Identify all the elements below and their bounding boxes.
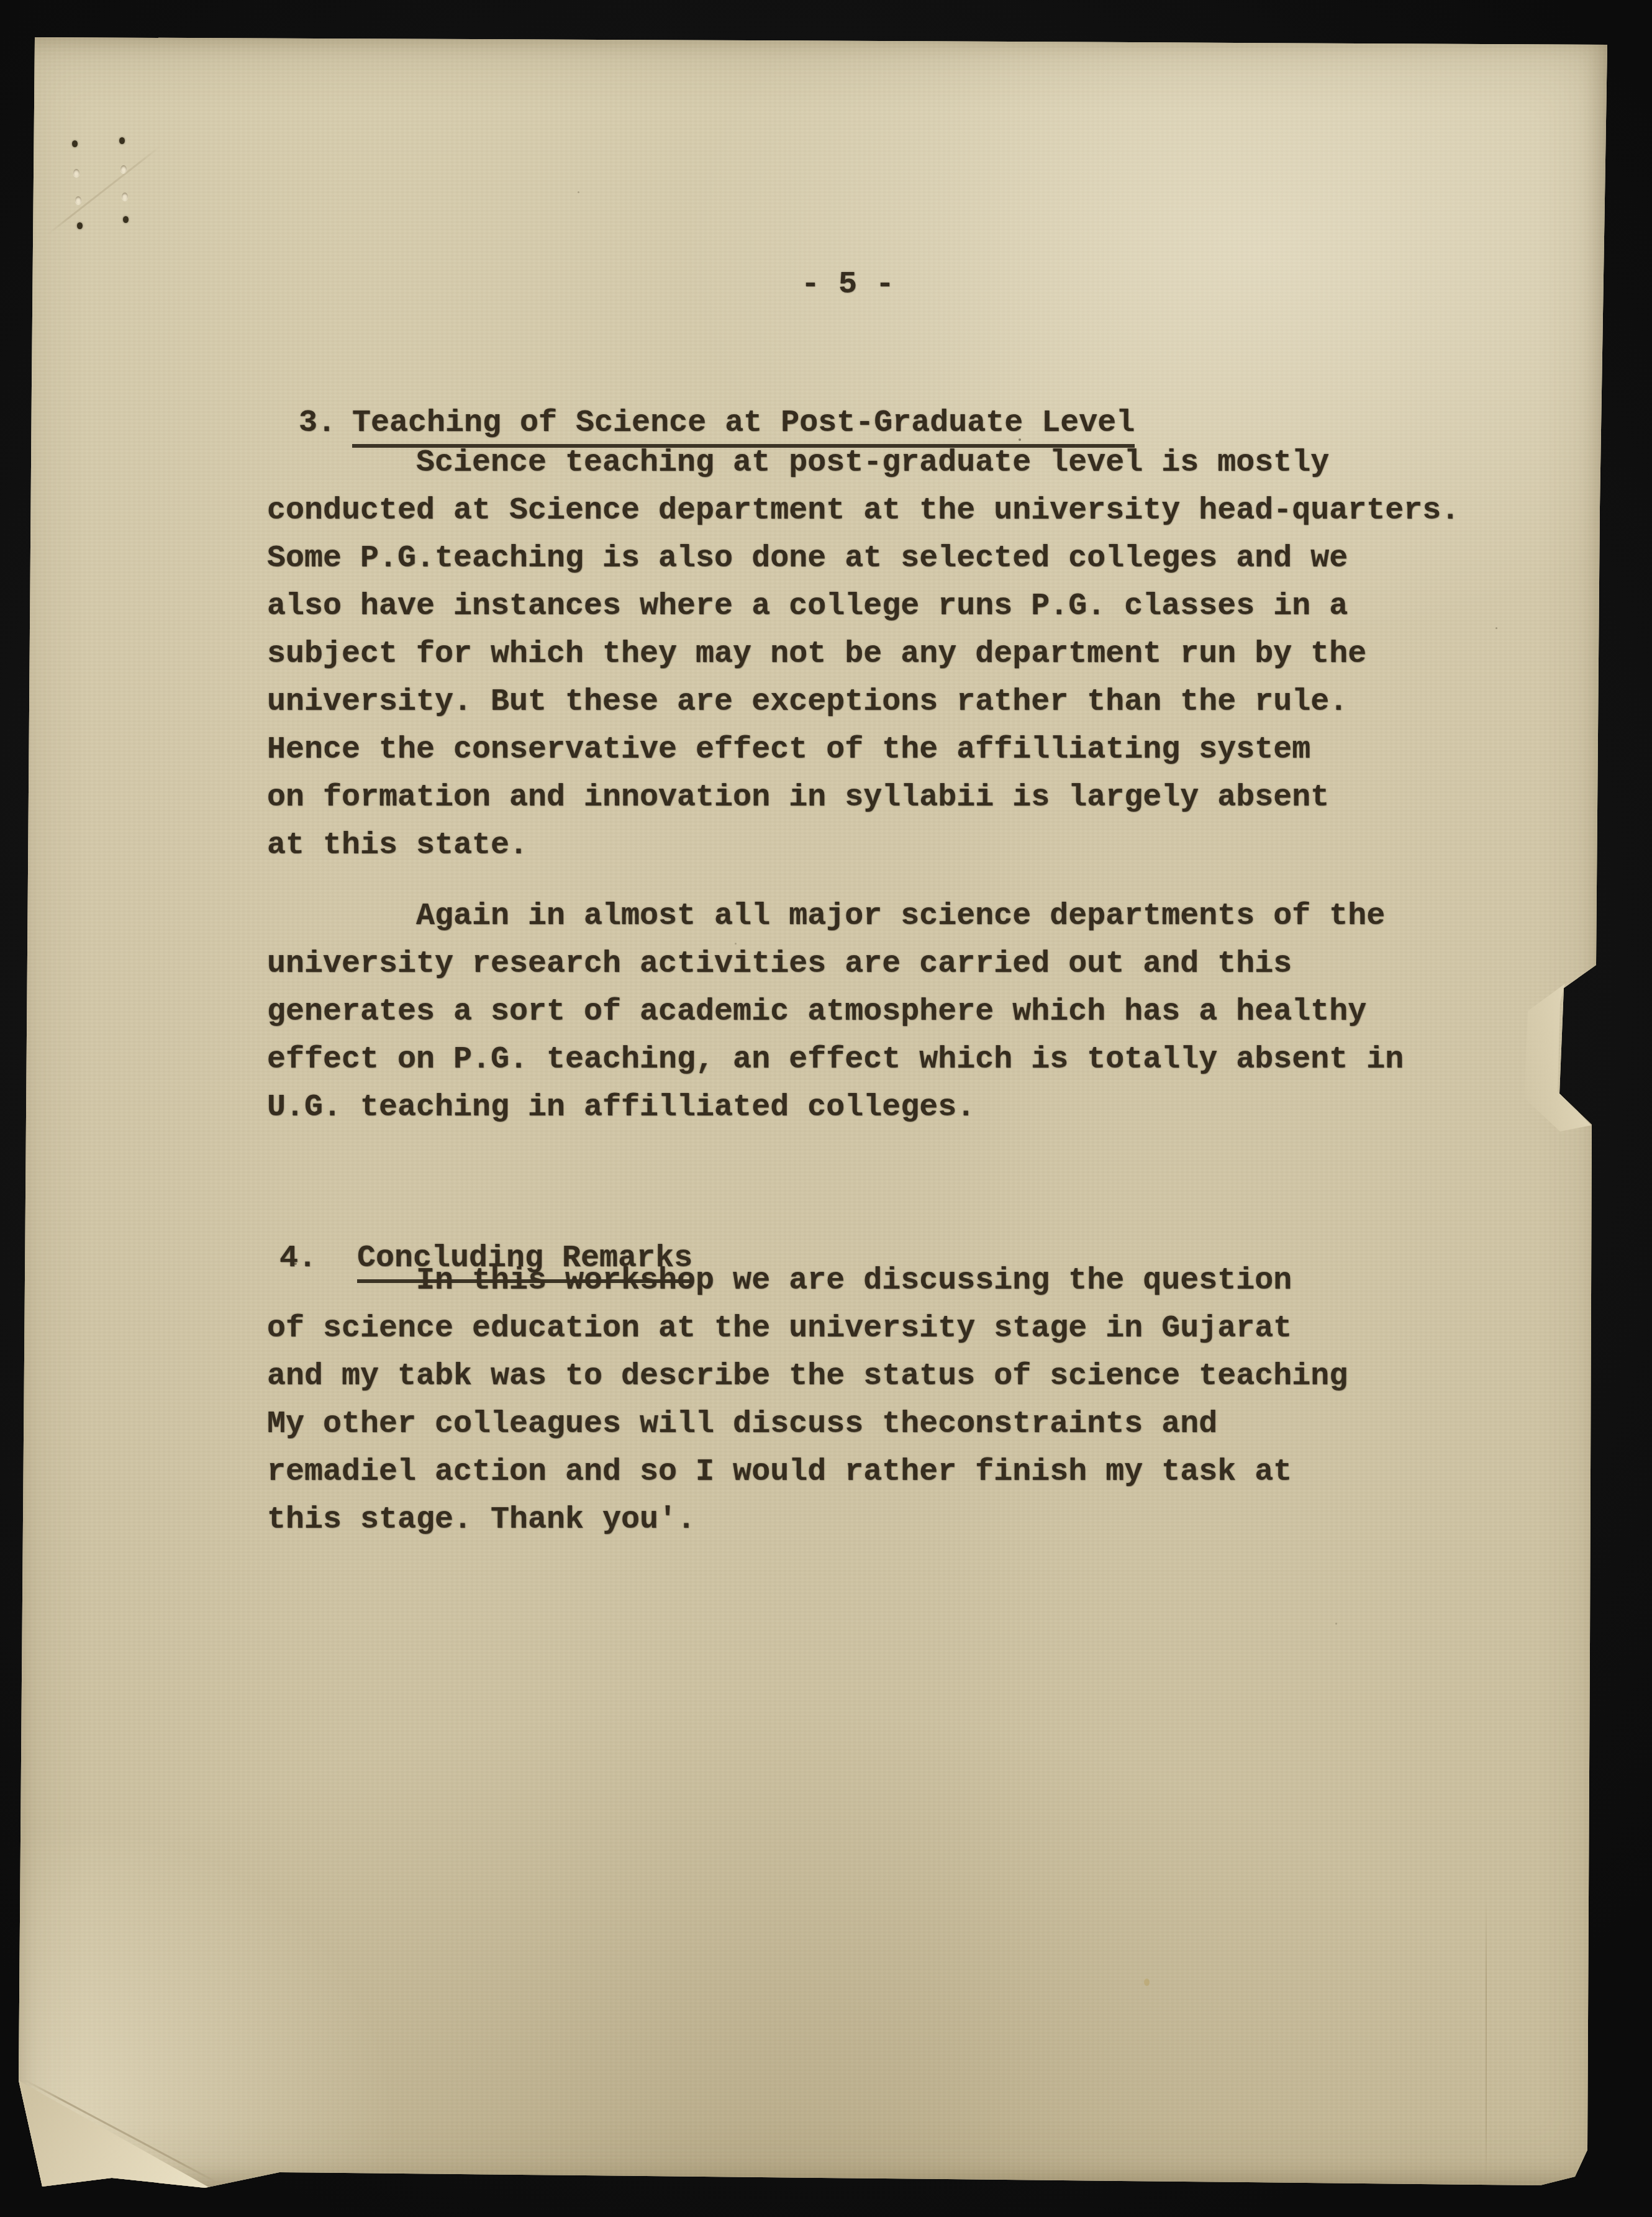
text-line: conducted at Science department at the u… bbox=[267, 487, 1459, 535]
text-line: subject for which they may not be any de… bbox=[267, 630, 1459, 678]
scanned-document-screenshot: { "document": { "page_number": "- 5 -", … bbox=[0, 0, 1652, 2217]
text-line: Hence the conservative effect of the aff… bbox=[267, 726, 1459, 774]
text-line: remadiel action and so I would rather fi… bbox=[267, 1448, 1348, 1496]
staple-hole bbox=[123, 216, 129, 223]
text-line: Again in almost all major science depart… bbox=[267, 892, 1404, 940]
ink-speck bbox=[1495, 627, 1497, 629]
folded-corner bbox=[11, 2074, 216, 2192]
staple-hole bbox=[73, 169, 79, 177]
text-line: Science teaching at post-graduate level … bbox=[267, 439, 1459, 487]
text-line: at this state. bbox=[267, 822, 1459, 869]
paragraph-3-2: Again in almost all major science depart… bbox=[267, 892, 1404, 1131]
text-line: U.G. teaching in affilliated colleges. bbox=[267, 1084, 1404, 1131]
text-line: university. But these are exceptions rat… bbox=[267, 678, 1459, 726]
text-line: university research activities are carri… bbox=[267, 940, 1404, 988]
ink-speck bbox=[578, 191, 579, 193]
text-line: My other colleagues will discuss thecons… bbox=[267, 1400, 1348, 1448]
staple-hole bbox=[75, 196, 81, 204]
text-line: this stage. Thank you'. bbox=[267, 1496, 1348, 1544]
crease-mark bbox=[47, 145, 161, 235]
section-3-number: 3. bbox=[299, 406, 336, 441]
text-line: generates a sort of academic atmosphere … bbox=[267, 988, 1404, 1036]
staple-hole bbox=[119, 137, 125, 144]
paragraph-3-1: Science teaching at post-graduate level … bbox=[267, 439, 1459, 869]
paragraph-4-1: In this workshop we are discussing the q… bbox=[267, 1257, 1348, 1544]
stain-mark bbox=[1144, 1979, 1150, 1986]
text-line: also have instances where a college runs… bbox=[267, 583, 1459, 630]
text-line: In this workshop we are discussing the q… bbox=[267, 1257, 1348, 1305]
ink-speck bbox=[1335, 1623, 1337, 1625]
staple-hole bbox=[77, 222, 83, 229]
torn-edge bbox=[1514, 975, 1601, 1155]
text-line: of science education at the university s… bbox=[267, 1305, 1348, 1353]
text-line: Some P.G.teaching is also done at select… bbox=[267, 535, 1459, 583]
scratch-mark bbox=[1486, 1896, 1487, 2182]
staple-hole bbox=[72, 140, 78, 147]
page-number: - 5 - bbox=[801, 261, 894, 309]
staple-hole bbox=[122, 193, 128, 201]
document-page: - 5 - 3.Teaching of Science at Post-Grad… bbox=[11, 36, 1611, 2192]
text-line: and my tabk was to describe the status o… bbox=[267, 1353, 1348, 1400]
text-line: on formation and innovation in syllabii … bbox=[267, 774, 1459, 822]
text-line: effect on P.G. teaching, an effect which… bbox=[267, 1036, 1404, 1084]
